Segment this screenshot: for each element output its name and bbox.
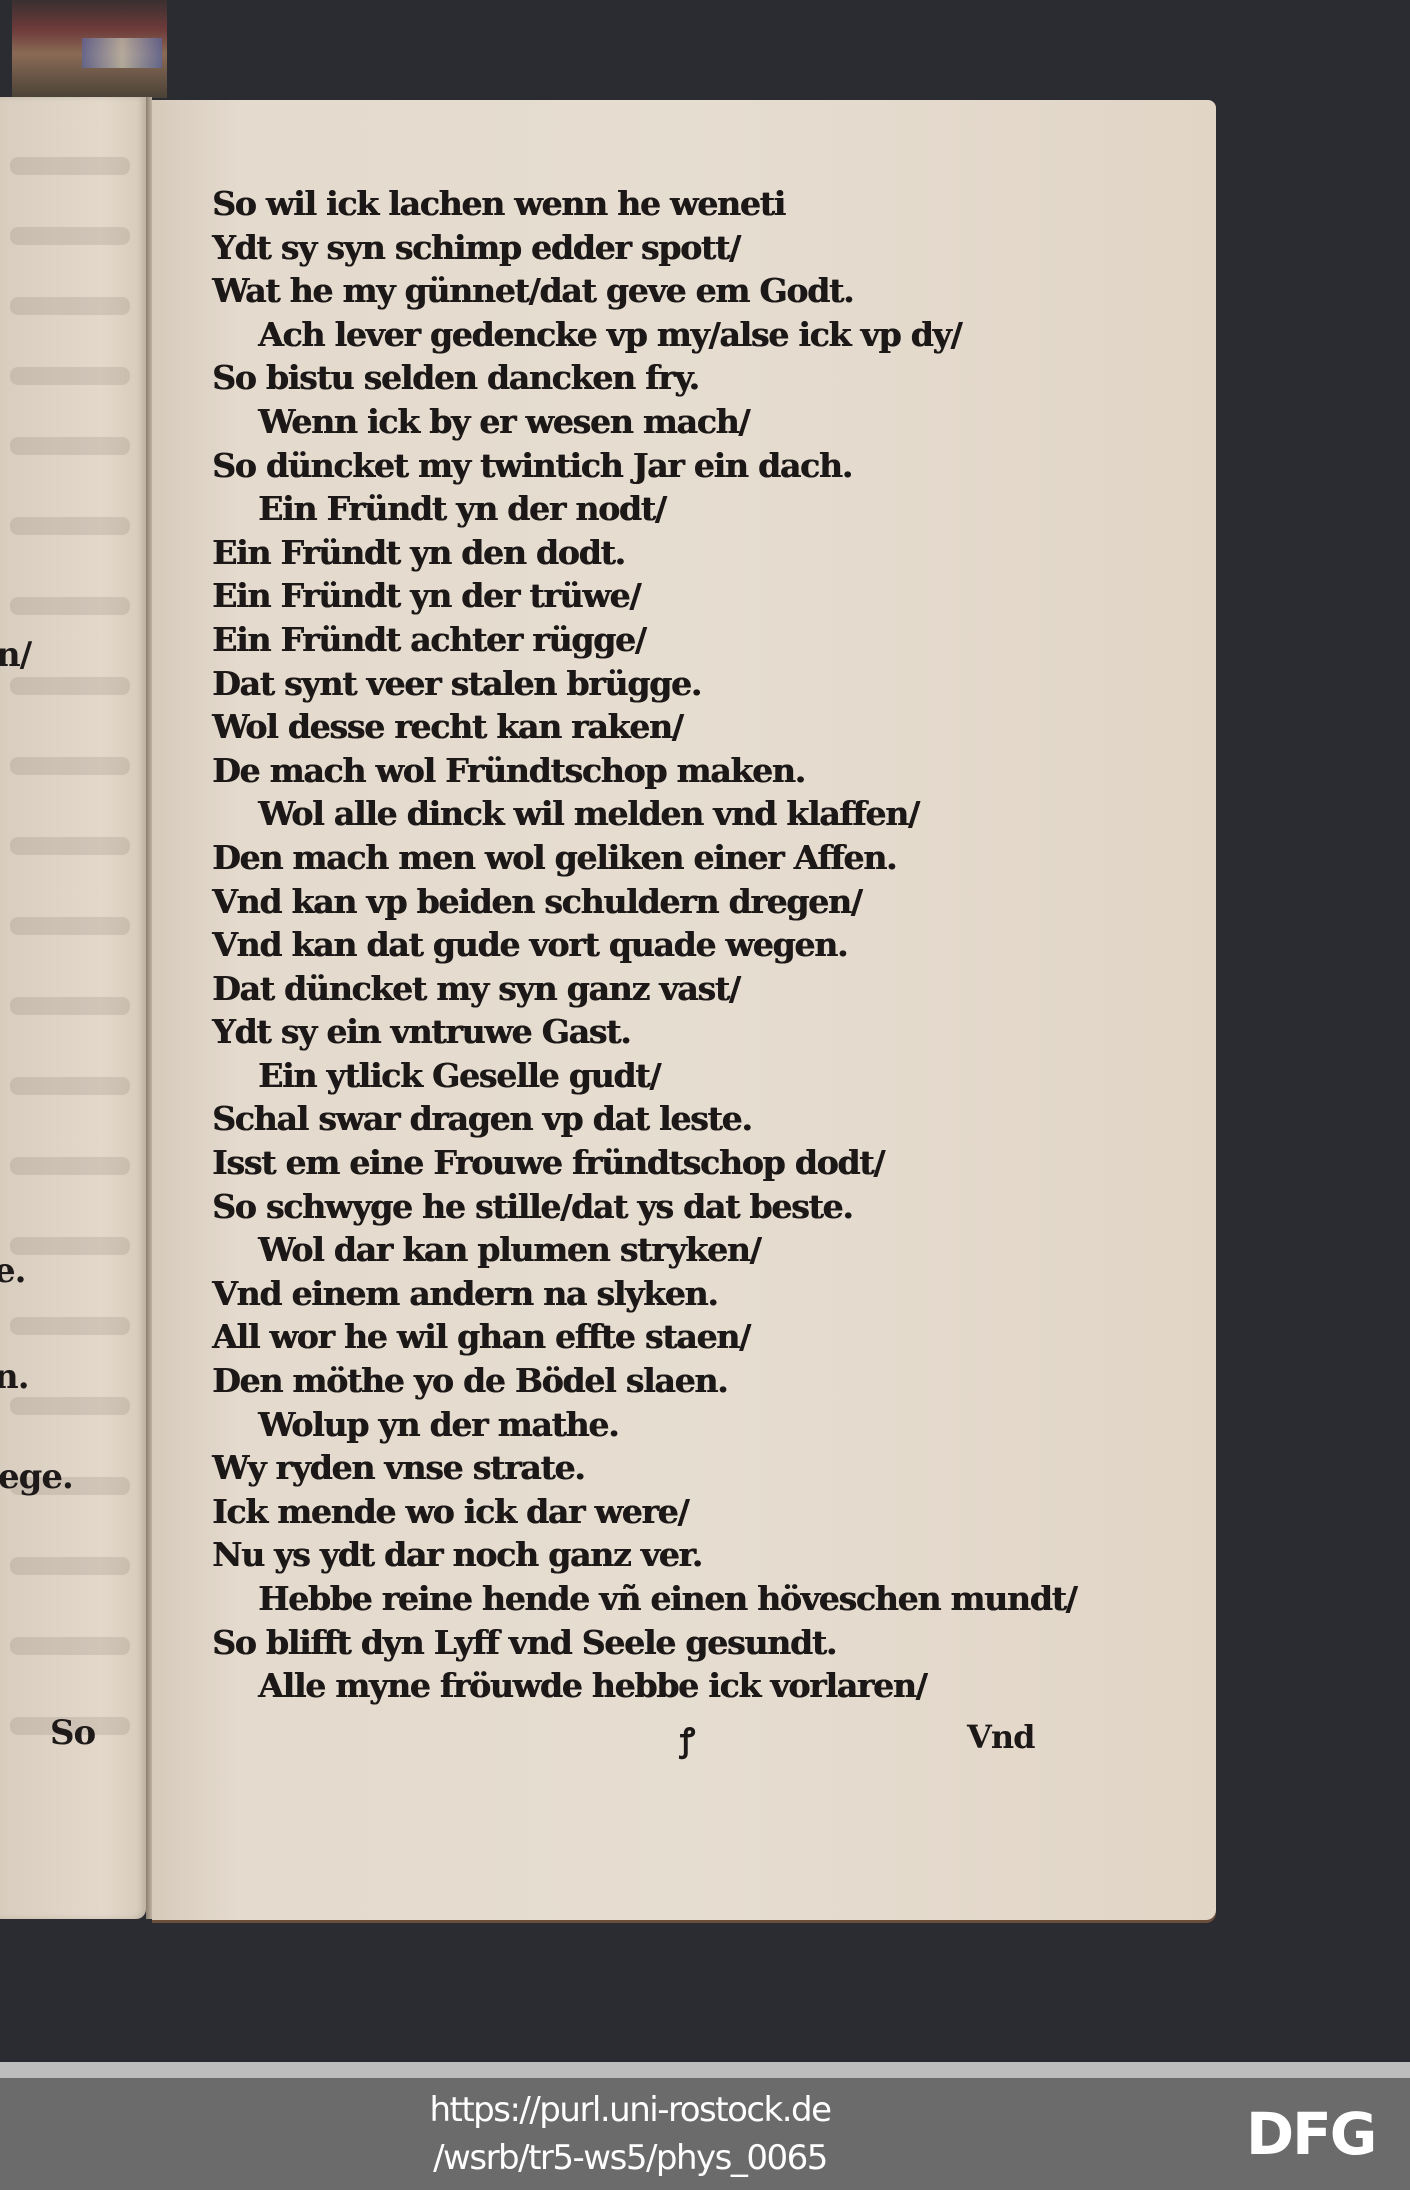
book-spine-top xyxy=(12,0,167,98)
verse-line: Schal swar dragen vp dat leste. xyxy=(212,1097,1076,1141)
show-through-text xyxy=(10,367,130,385)
verse-line: So düncket my twintich Jar ein dach. xyxy=(212,444,1076,488)
verse-line: Wolup yn der mathe. xyxy=(212,1403,1076,1447)
verse-line: Wenn ick by er wesen mach/ xyxy=(212,400,1076,444)
verse-line: Alle myne fröuwde hebbe ick vorlaren/ xyxy=(212,1664,1076,1708)
verse-line: Wol desse recht kan raken/ xyxy=(212,705,1076,749)
verse-line: Dat synt veer stalen brügge. xyxy=(212,662,1076,706)
left-page-fragment: n/ xyxy=(0,635,31,675)
show-through-text xyxy=(10,227,130,245)
verse-line: Hebbe reine hende vñ einen höveschen mun… xyxy=(212,1577,1076,1621)
show-through-text xyxy=(10,517,130,535)
verse-line: So blifft dyn Lyff vnd Seele gesundt. xyxy=(212,1621,1076,1665)
permalink[interactable]: https://purl.uni-rostock.de /wsrb/tr5-ws… xyxy=(380,2086,880,2182)
show-through-text xyxy=(10,157,130,175)
verse-line: So wil ick lachen wenn he weneti xyxy=(212,182,1076,226)
verse-line: De mach wol Fründtschop maken. xyxy=(212,749,1076,793)
show-through-text xyxy=(10,437,130,455)
verse-line: Ein Fründt achter rügge/ xyxy=(212,618,1076,662)
permalink-line-1[interactable]: https://purl.uni-rostock.de xyxy=(380,2086,880,2134)
show-through-text xyxy=(10,1397,130,1415)
bookmark-ribbon xyxy=(82,38,162,68)
verse-line: Wy ryden vnse strate. xyxy=(212,1446,1076,1490)
show-through-text xyxy=(10,597,130,615)
verse-line: Vnd kan dat gude vort quade wegen. xyxy=(212,923,1076,967)
catchword: Vnd xyxy=(967,1718,1034,1756)
right-page: So wil ick lachen wenn he weneti Ydt sy … xyxy=(152,100,1216,1920)
verse-line: So bistu selden dancken fry. xyxy=(212,356,1076,400)
verse-line: So schwyge he stille/dat ys dat beste. xyxy=(212,1185,1076,1229)
verse-line: Ein Fründt yn der trüwe/ xyxy=(212,574,1076,618)
verse-line: Den mach men wol geliken einer Affen. xyxy=(212,836,1076,880)
verse-line: Ach lever gedencke vp my/alse ick vp dy/ xyxy=(212,313,1076,357)
show-through-text xyxy=(10,837,130,855)
footer-bar: https://purl.uni-rostock.de /wsrb/tr5-ws… xyxy=(0,2078,1410,2190)
footer-separator xyxy=(0,2062,1410,2078)
verse-line: Ein Fründt yn der nodt/ xyxy=(212,487,1076,531)
show-through-text xyxy=(10,1237,130,1255)
verse-text: So wil ick lachen wenn he weneti Ydt sy … xyxy=(212,182,1076,1708)
show-through-text xyxy=(10,1317,130,1335)
verse-line: Dat düncket my syn ganz vast/ xyxy=(212,967,1076,1011)
verse-line: Nu ys ydt dar noch ganz ver. xyxy=(212,1533,1076,1577)
show-through-text xyxy=(10,917,130,935)
left-page: n/ e. n. ege. So xyxy=(0,97,146,1919)
left-page-fragment: n. xyxy=(0,1357,29,1397)
verse-line: Vnd kan vp beiden schuldern dregen/ xyxy=(212,880,1076,924)
dfg-logo: DFG xyxy=(1246,2106,1375,2162)
verse-line: Ydt sy ein vntruwe Gast. xyxy=(212,1010,1076,1054)
verse-line: All wor he wil ghan effte staen/ xyxy=(212,1315,1076,1359)
verse-line: Isst em eine Frouwe fründtschop dodt/ xyxy=(212,1141,1076,1185)
verse-line: Wol alle dinck wil melden vnd klaffen/ xyxy=(212,792,1076,836)
verse-line: Ick mende wo ick dar were/ xyxy=(212,1490,1076,1534)
verse-line: Vnd einem andern na slyken. xyxy=(212,1272,1076,1316)
show-through-text xyxy=(10,677,130,695)
left-page-fragment: e. xyxy=(0,1251,25,1291)
permalink-line-2[interactable]: /wsrb/tr5-ws5/phys_0065 xyxy=(380,2134,880,2182)
scan-image: n/ e. n. ege. So So wil ick lachen wenn … xyxy=(0,0,1410,2062)
show-through-text xyxy=(10,757,130,775)
verse-line: Ein Fründt yn den dodt. xyxy=(212,531,1076,575)
verse-line: Wol dar kan plumen stryken/ xyxy=(212,1228,1076,1272)
show-through-text xyxy=(10,1557,130,1575)
signature-mark: ꝭ xyxy=(680,1718,695,1761)
show-through-text xyxy=(10,1637,130,1655)
verse-line: Ein ytlick Geselle gudt/ xyxy=(212,1054,1076,1098)
left-page-catchword: So xyxy=(50,1713,95,1753)
show-through-text xyxy=(10,297,130,315)
show-through-text xyxy=(10,1157,130,1175)
verse-line: Ydt sy syn schimp edder spott/ xyxy=(212,226,1076,270)
left-page-fragment: ege. xyxy=(0,1457,73,1497)
show-through-text xyxy=(10,997,130,1015)
verse-line: Den möthe yo de Bödel slaen. xyxy=(212,1359,1076,1403)
verse-line: Wat he my günnet/dat geve em Godt. xyxy=(212,269,1076,313)
show-through-text xyxy=(10,1077,130,1095)
